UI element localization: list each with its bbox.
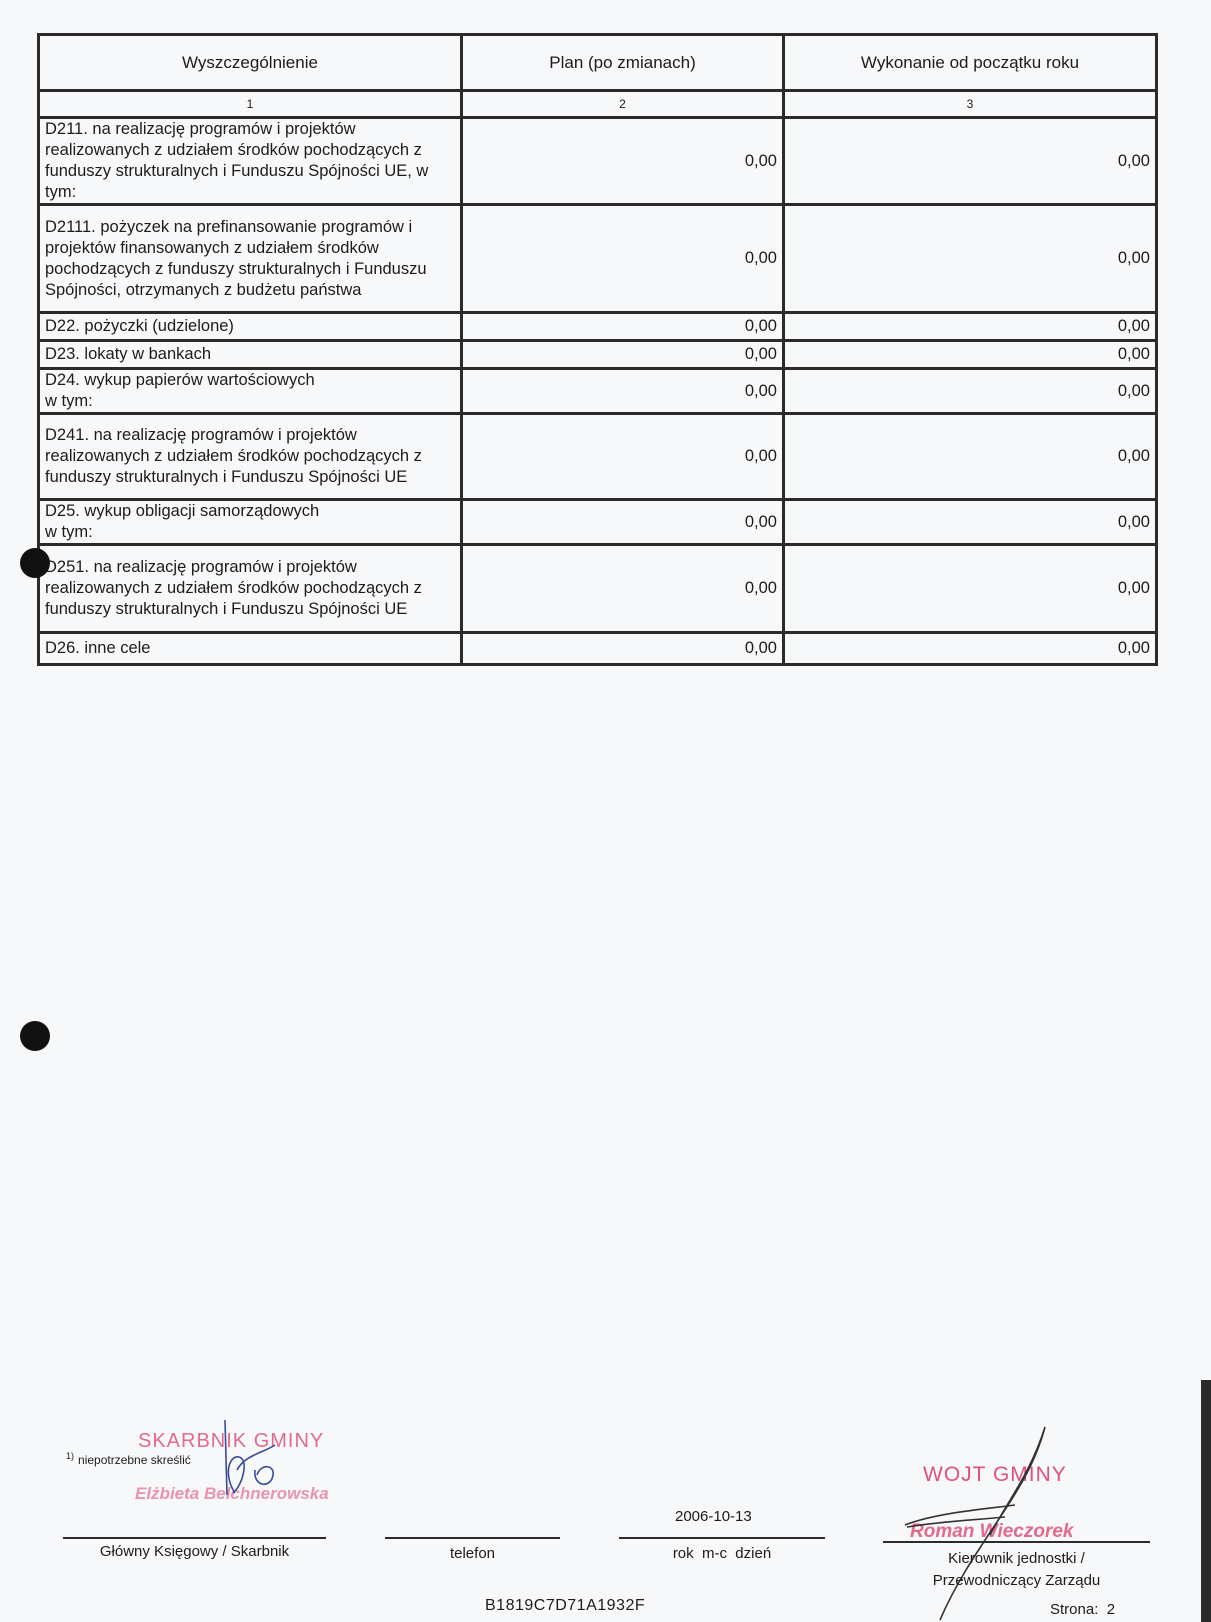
row-plan-value: 0,00 [462,313,784,341]
row-description: D25. wykup obligacji samorządowych w tym… [39,500,462,545]
row-description: D211. na realizację programów i projektó… [39,118,462,205]
signature-line-date [619,1537,825,1539]
table-row: D24. wykup papierów wartościowych w tym:… [39,369,1157,414]
row-plan-value: 0,00 [462,369,784,414]
row-execution-value: 0,00 [784,500,1157,545]
footnote: 1)niepotrzebne skreślić [66,1451,191,1467]
table-row: D251. na realizację programów i projektó… [39,545,1157,633]
row-execution-value: 0,00 [784,341,1157,369]
stamp-treasurer-title: SKARBNIK GMINY [138,1430,324,1453]
stamp-mayor-title: WOJT GMINY [923,1463,1067,1487]
date-value: 2006-10-13 [675,1508,752,1525]
row-description: D23. lokaty w bankach [39,341,462,369]
stamp-treasurer-name: Elżbieta Belchnerowska [135,1484,329,1504]
label-head-2: Przewodniczący Zarządu [883,1572,1150,1589]
report-table: Wyszczególnienie Plan (po zmianach) Wyko… [37,33,1158,666]
table-row: D241. na realizację programów i projektó… [39,414,1157,500]
label-date: rok m-c dzień [619,1545,825,1562]
row-execution-value: 0,00 [784,633,1157,665]
row-plan-value: 0,00 [462,545,784,633]
signature-line-accountant [63,1537,326,1539]
header-plan: Plan (po zmianach) [462,35,784,91]
row-plan-value: 0,00 [462,633,784,665]
table-row: D26. inne cele0,000,00 [39,633,1157,665]
page-label: Strona: [1050,1601,1098,1618]
header-execution: Wykonanie od początku roku [784,35,1157,91]
table-row: D23. lokaty w bankach0,000,00 [39,341,1157,369]
scan-edge [1201,1380,1211,1622]
row-description: D24. wykup papierów wartościowych w tym: [39,369,462,414]
page-number: Strona: 2 [1050,1601,1115,1618]
column-number: 3 [784,91,1157,118]
table-row: D22. pożyczki (udzielone)0,000,00 [39,313,1157,341]
row-execution-value: 0,00 [784,313,1157,341]
column-number-row: 1 2 3 [39,91,1157,118]
row-description: D241. na realizację programów i projektó… [39,414,462,500]
row-plan-value: 0,00 [462,118,784,205]
row-execution-value: 0,00 [784,205,1157,313]
row-plan-value: 0,00 [462,414,784,500]
row-plan-value: 0,00 [462,205,784,313]
footnote-text: niepotrzebne skreślić [78,1453,191,1467]
row-description: D26. inne cele [39,633,462,665]
page-value: 2 [1107,1601,1115,1618]
row-execution-value: 0,00 [784,414,1157,500]
label-head-1: Kierownik jednostki / [883,1550,1150,1567]
punch-hole [20,1021,50,1051]
row-execution-value: 0,00 [784,545,1157,633]
label-phone: telefon [385,1545,560,1562]
row-description: D2111. pożyczek na prefinansowanie progr… [39,205,462,313]
signature-line-head [883,1541,1150,1543]
row-description: D22. pożyczki (udzielone) [39,313,462,341]
label-accountant: Główny Księgowy / Skarbnik [63,1543,326,1560]
table-row: D25. wykup obligacji samorządowych w tym… [39,500,1157,545]
table-row: D2111. pożyczek na prefinansowanie progr… [39,205,1157,313]
footnote-mark: 1) [66,1451,74,1461]
document-page: Wyszczególnienie Plan (po zmianach) Wyko… [0,0,1211,1622]
column-number: 2 [462,91,784,118]
row-plan-value: 0,00 [462,341,784,369]
signature-line-phone [385,1537,560,1539]
punch-hole [20,548,50,578]
document-code: B1819C7D71A1932F [485,1597,645,1615]
row-plan-value: 0,00 [462,500,784,545]
header-row: Wyszczególnienie Plan (po zmianach) Wyko… [39,35,1157,91]
column-number: 1 [39,91,462,118]
row-execution-value: 0,00 [784,369,1157,414]
header-description: Wyszczególnienie [39,35,462,91]
stamp-mayor-name: Roman Wieczorek [910,1521,1074,1543]
row-execution-value: 0,00 [784,118,1157,205]
row-description: D251. na realizację programów i projektó… [39,545,462,633]
table-row: D211. na realizację programów i projektó… [39,118,1157,205]
